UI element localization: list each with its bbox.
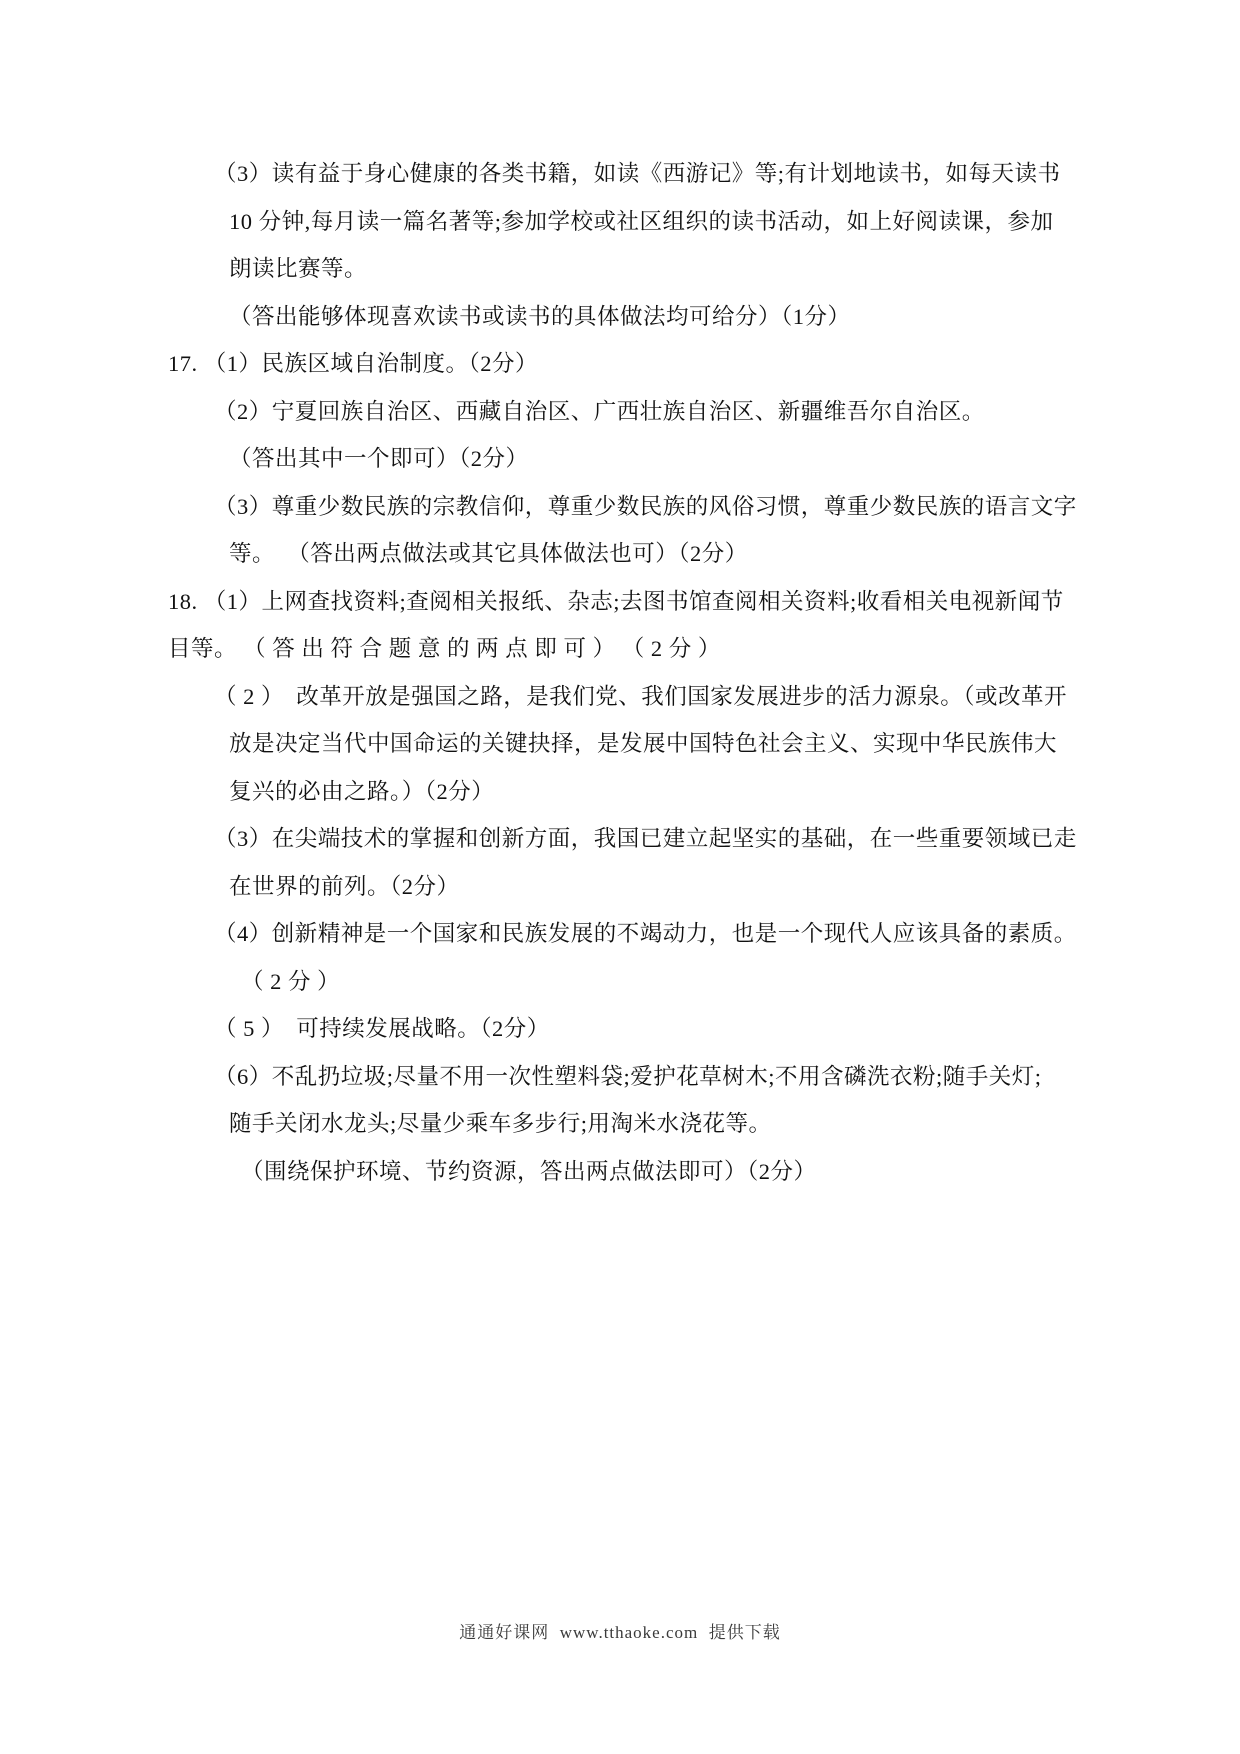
text-line: 随手关闭水龙头;尽量少乘车多步行;用淘米水浇花等。 [0, 1100, 1240, 1148]
text-line: （答出其中一个即可）（2分） [0, 435, 1240, 483]
answer-key-body: （3）读有益于身心健康的各类书籍，如读《西游记》等;有计划地读书，如每天读书 1… [0, 150, 1240, 1195]
text-line: 18. （1）上网查找资料;查阅相关报纸、杂志;去图书馆查阅相关资料;收看相关电… [0, 578, 1240, 626]
text-line: （答出能够体现喜欢读书或读书的具体做法均可给分）（1分） [0, 293, 1240, 341]
text-line: （ 5 ） 可持续发展战略。（2分） [0, 1005, 1240, 1053]
text-line: 朗读比赛等。 [0, 245, 1240, 293]
text-line: 目等。 （ 答 出 符 合 题 意 的 两 点 即 可 ） （ 2 分 ） [0, 625, 1240, 673]
page-footer: 通通好课网 www.tthaoke.com 提供下载 [0, 1618, 1240, 1643]
text-line: 等。 （答出两点做法或其它具体做法也可）（2分） [0, 530, 1240, 578]
text-line: （3）读有益于身心健康的各类书籍，如读《西游记》等;有计划地读书，如每天读书 [0, 150, 1240, 198]
document-page: （3）读有益于身心健康的各类书籍，如读《西游记》等;有计划地读书，如每天读书 1… [0, 0, 1240, 1754]
text-line: （3）尊重少数民族的宗教信仰，尊重少数民族的风俗习惯，尊重少数民族的语言文字 [0, 483, 1240, 531]
text-line: 复兴的必由之路。）（2分） [0, 768, 1240, 816]
text-line: （4）创新精神是一个国家和民族发展的不竭动力，也是一个现代人应该具备的素质。 [0, 910, 1240, 958]
text-line: 放是决定当代中国命运的关键抉择，是发展中国特色社会主义、实现中华民族伟大 [0, 720, 1240, 768]
text-line: 10 分钟,每月读一篇名著等;参加学校或社区组织的读书活动，如上好阅读课，参加 [0, 198, 1240, 246]
text-line: （围绕保护环境、节约资源，答出两点做法即可）（2分） [0, 1148, 1240, 1196]
text-line: 在世界的前列。（2分） [0, 863, 1240, 911]
text-line: （3）在尖端技术的掌握和创新方面，我国已建立起坚实的基础，在一些重要领域已走 [0, 815, 1240, 863]
text-line: （ 2 分 ） [0, 958, 1240, 1006]
text-line: 17. （1）民族区域自治制度。（2分） [0, 340, 1240, 388]
text-line: （6）不乱扔垃圾;尽量不用一次性塑料袋;爱护花草树木;不用含磷洗衣粉;随手关灯; [0, 1053, 1240, 1101]
text-line: （2）宁夏回族自治区、西藏自治区、广西壮族自治区、新疆维吾尔自治区。 [0, 388, 1240, 436]
text-line: （ 2 ） 改革开放是强国之路，是我们党、我们国家发展进步的活力源泉。（或改革开 [0, 673, 1240, 721]
